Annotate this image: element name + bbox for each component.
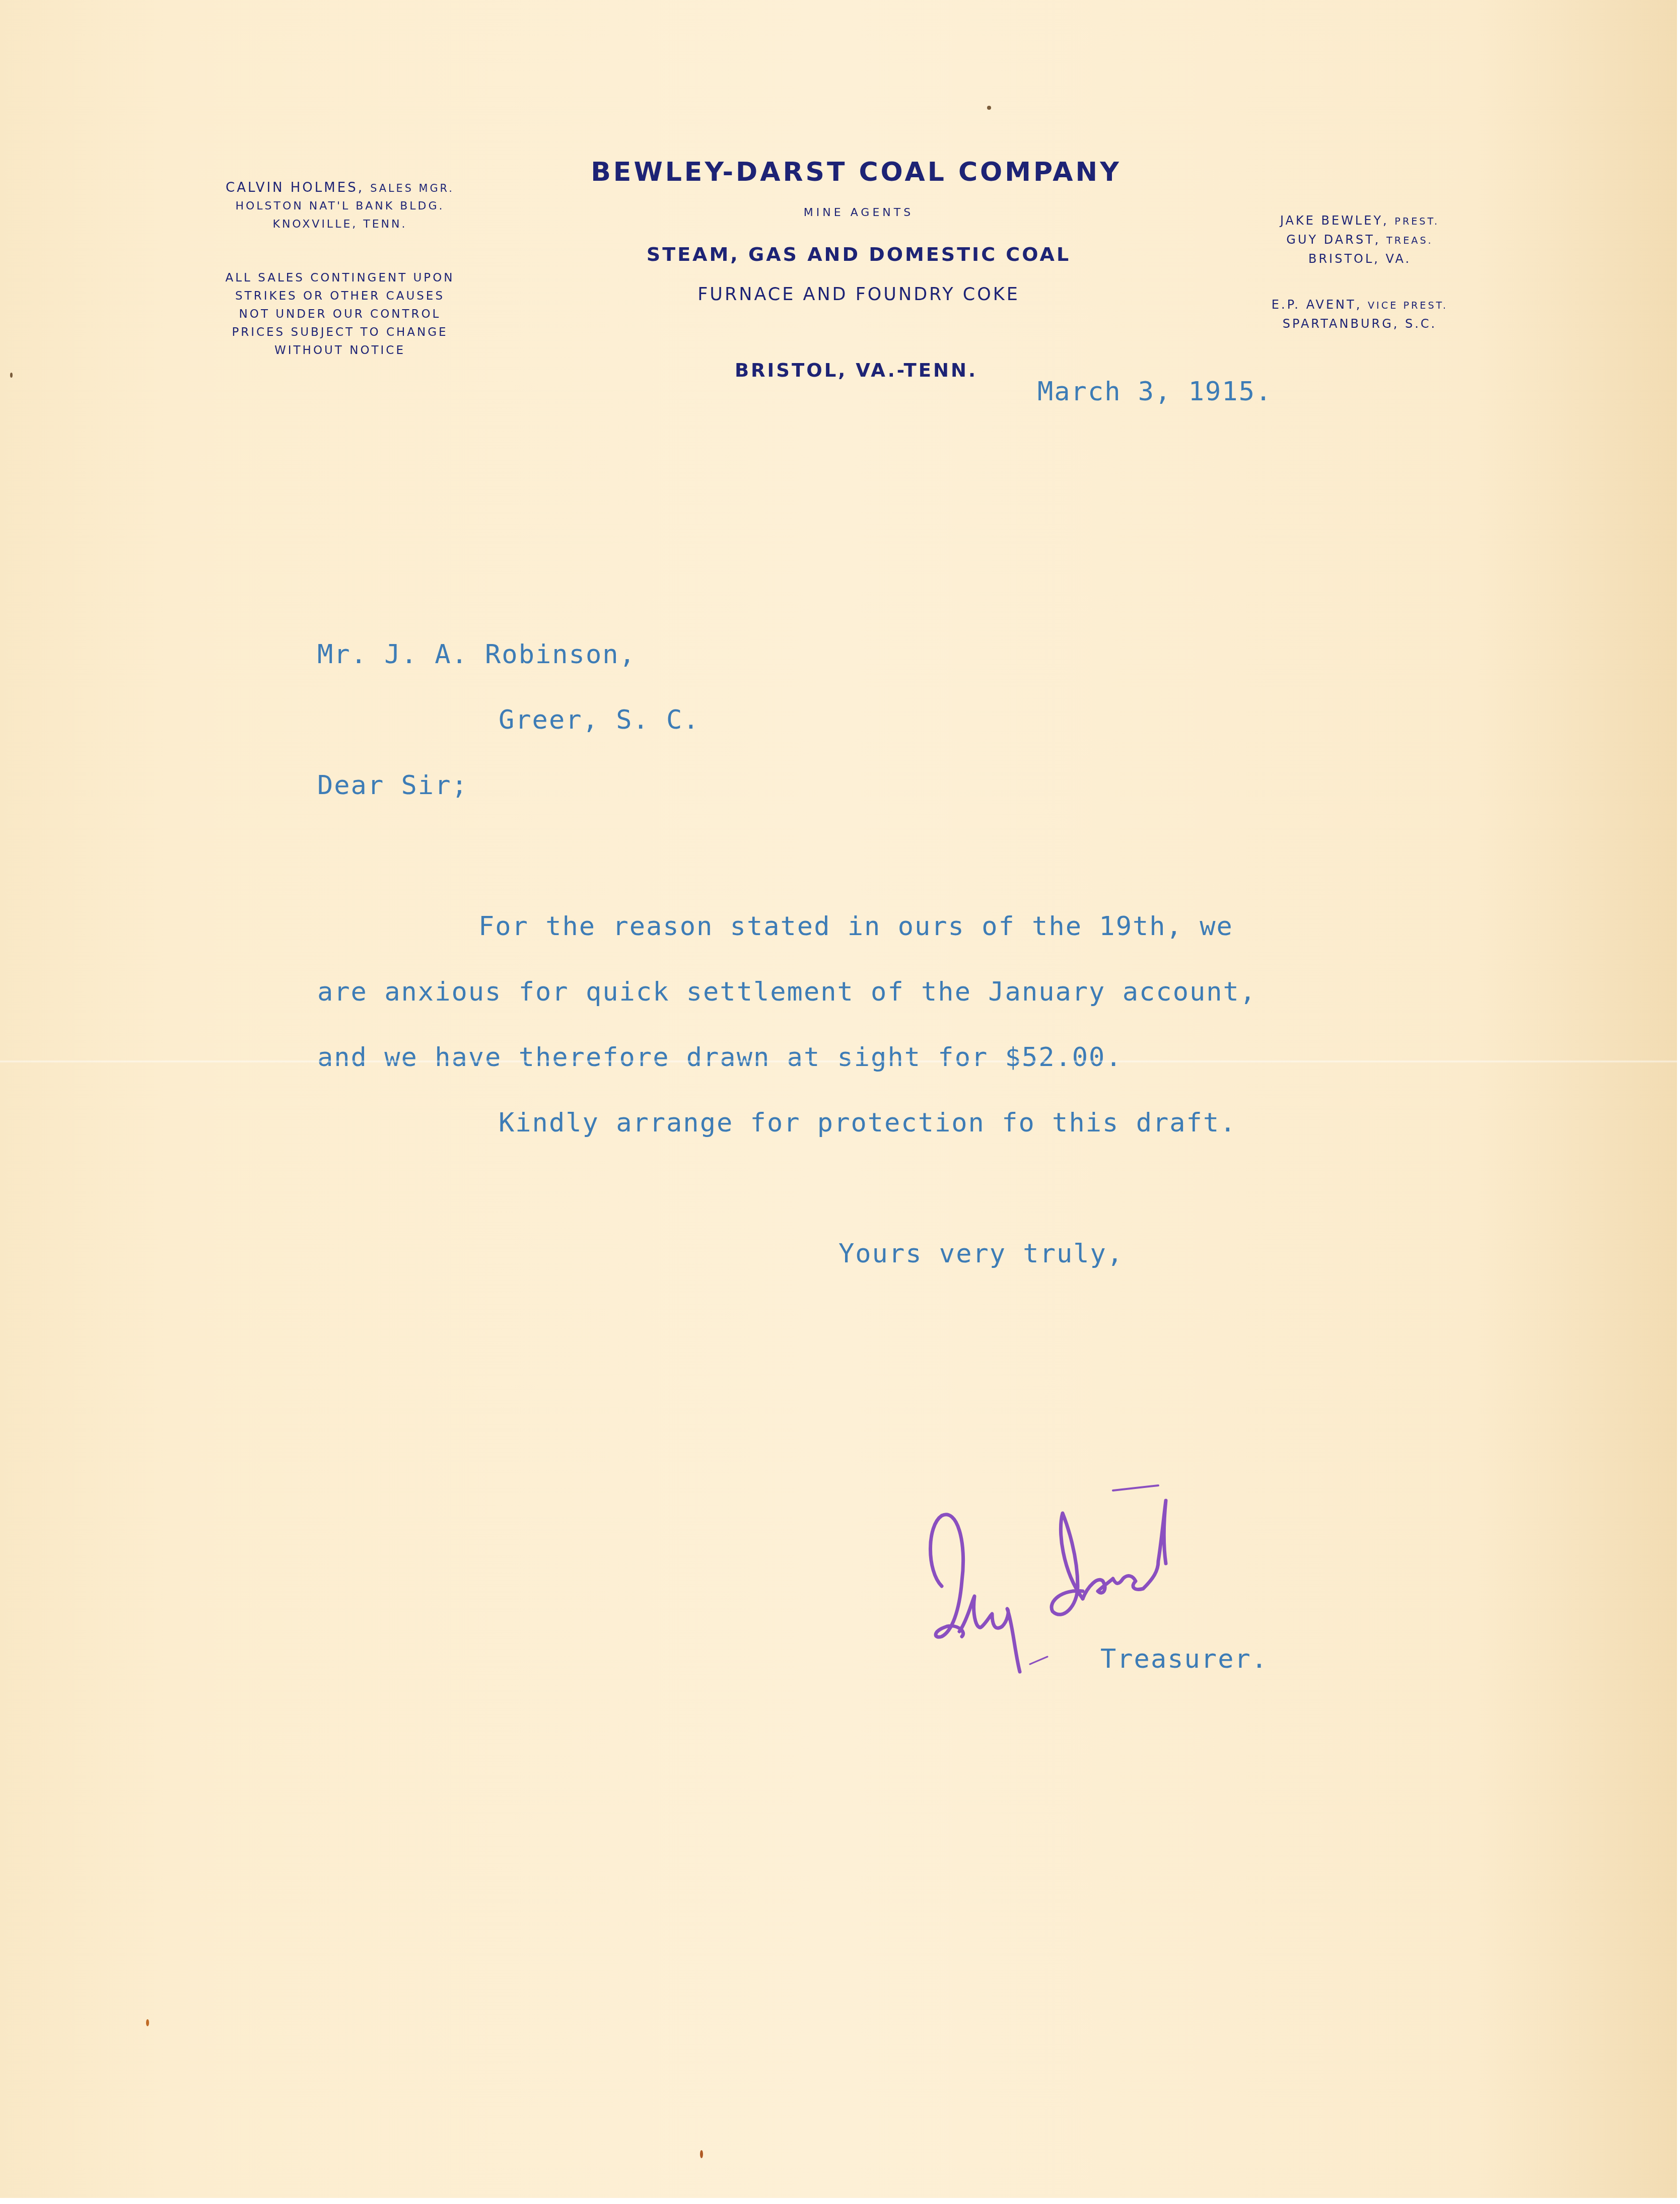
- terms-notice-line-1: ALL SALES CONTINGENT UPON: [191, 269, 488, 287]
- body-line-1: For the reason stated in ours of the 19t…: [478, 911, 1233, 942]
- products-line-1: STEAM, GAS AND DOMESTIC COAL: [569, 243, 1148, 265]
- recipient-name: Mr. J. A. Robinson,: [317, 639, 636, 670]
- terms-notice-line-4: PRICES SUBJECT TO CHANGE: [191, 323, 488, 341]
- terms-notice-line-2: STRIKES OR OTHER CAUSES: [191, 287, 488, 305]
- company-location: BRISTOL, VA.-TENN.: [695, 360, 1017, 381]
- paper-speck: [987, 106, 991, 110]
- officer-treasurer: GUY DARST, TREAS.: [1239, 231, 1481, 250]
- officer-vice-president: E.P. AVENT, VICE PREST.: [1239, 296, 1481, 315]
- company-name: BEWLEY-DARST COAL COMPANY: [544, 157, 1168, 187]
- sales-office-address: HOLSTON NAT'L BANK BLDG.: [191, 197, 488, 216]
- officers-city: BRISTOL, VA.: [1239, 250, 1481, 268]
- body-line-3: and we have therefore drawn at sight for…: [317, 1042, 1123, 1073]
- terms-notice-line-3: NOT UNDER OUR CONTROL: [191, 305, 488, 323]
- letter-date: March 3, 1915.: [1037, 377, 1272, 407]
- body-line-2: are anxious for quick settlement of the …: [317, 977, 1256, 1007]
- sales-office-city: KNOXVILLE, TENN.: [191, 216, 488, 234]
- letterhead-left-block: CALVIN HOLMES, SALES MGR. HOLSTON NAT'L …: [191, 179, 488, 360]
- paper-speck: [10, 373, 13, 378]
- officer-president: JAKE BEWLEY, PREST.: [1239, 211, 1481, 231]
- body-line-4: Kindly arrange for protection fo this dr…: [499, 1108, 1237, 1138]
- salutation: Dear Sir;: [317, 770, 468, 801]
- vice-president-city: SPARTANBURG, S.C.: [1239, 315, 1481, 333]
- products-line-2: FURNACE AND FOUNDRY COKE: [599, 285, 1118, 305]
- signer-title: Treasurer.: [1100, 1644, 1268, 1674]
- complimentary-close: Yours very truly,: [838, 1239, 1124, 1269]
- terms-notice-line-5: WITHOUT NOTICE: [191, 341, 488, 360]
- paper-speck: [146, 2019, 149, 2026]
- company-tagline: MINE AGENTS: [645, 206, 1073, 219]
- paper-speck: [700, 2150, 703, 2158]
- letter-paper: CALVIN HOLMES, SALES MGR. HOLSTON NAT'L …: [0, 0, 1677, 2198]
- sales-manager-line: CALVIN HOLMES, SALES MGR.: [191, 179, 488, 197]
- recipient-city: Greer, S. C.: [499, 705, 700, 735]
- letterhead-right-block: JAKE BEWLEY, PREST. GUY DARST, TREAS. BR…: [1239, 211, 1481, 333]
